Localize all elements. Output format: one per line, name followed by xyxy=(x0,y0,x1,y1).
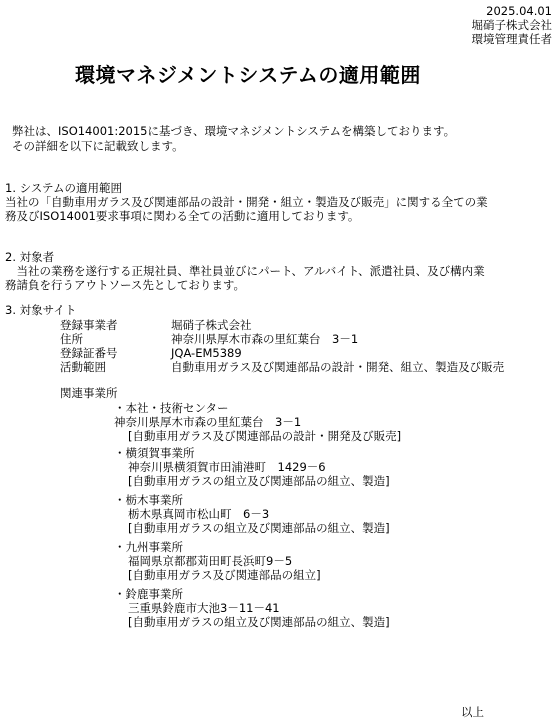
document-header: 2025.04.01 堀硝子株式会社 環境管理責任者 xyxy=(472,4,553,46)
field-label-certificate-number: 登録証番号 xyxy=(60,346,118,361)
site-address: 神奈川県横須賀市田浦港町 1429－6 xyxy=(128,460,326,475)
page-title: 環境マネジメントシステムの適用範囲 xyxy=(75,68,421,83)
field-value-address: 神奈川県厚木市森の里紅葉台 3－1 xyxy=(171,332,358,347)
site-name: ・横須賀事業所 xyxy=(114,446,195,461)
intro-line-2: その詳細を以下に記載致します。 xyxy=(12,139,184,154)
site-activity: [自動車用ガラスの組立及び関連部品の組立、製造] xyxy=(128,521,390,536)
intro-line-1: 弊社は、ISO14001:2015に基づき、環境マネジメントシステムを構築してお… xyxy=(12,124,455,139)
related-sites-heading: 関連事業所 xyxy=(60,386,118,401)
section-2-line-2: 務請負を行うアウトソース先としております。 xyxy=(5,278,245,293)
field-label-address: 住所 xyxy=(60,332,83,347)
site-name: ・栃木事業所 xyxy=(114,493,183,508)
site-name: ・九州事業所 xyxy=(114,540,183,555)
company-name: 堀硝子株式会社 xyxy=(472,18,553,32)
document-date: 2025.04.01 xyxy=(472,4,553,18)
author-role: 環境管理責任者 xyxy=(472,32,553,46)
site-address: 神奈川県厚木市森の里紅葉台 3－1 xyxy=(114,415,301,430)
site-activity: [自動車用ガラスの組立及び関連部品の組立、製造] xyxy=(128,615,390,630)
section-1-line-2: 務及びISO14001要求事項に関わる全ての活動に適用しております。 xyxy=(5,209,359,224)
field-label-registrant: 登録事業者 xyxy=(60,318,118,333)
section-3-heading: 3. 対象サイト xyxy=(5,303,76,318)
site-address: 栃木県真岡市松山町 6－3 xyxy=(128,507,269,522)
field-value-certificate-number: JQA-EM5389 xyxy=(171,346,242,361)
field-label-activity-scope: 活動範囲 xyxy=(60,360,106,375)
field-value-activity-scope: 自動車用ガラス及び関連部品の設計・開発、組立、製造及び販売 xyxy=(171,360,504,375)
field-value-registrant: 堀硝子株式会社 xyxy=(171,318,252,333)
site-activity: [自動車用ガラス及び関連部品の設計・開発及び販売] xyxy=(128,429,401,444)
section-1-heading: 1. システムの適用範囲 xyxy=(5,181,122,196)
site-activity: [自動車用ガラス及び関連部品の組立] xyxy=(128,568,321,583)
section-2-line-1: 当社の業務を遂行する正規社員、準社員並びにパート、アルバイト、派遣社員、及び構内… xyxy=(5,264,485,279)
site-address: 三重県鈴鹿市大池3－11－41 xyxy=(128,601,280,616)
site-address: 福岡県京都郡苅田町長浜町9－5 xyxy=(128,554,292,569)
end-mark: 以上 xyxy=(461,705,484,720)
site-activity: [自動車用ガラスの組立及び関連部品の組立、製造] xyxy=(128,474,390,489)
site-name: ・本社・技術センター xyxy=(114,401,229,416)
section-1-line-1: 当社の「自動車用ガラス及び関連部品の設計・開発・組立・製造及び販売」に関する全て… xyxy=(5,195,488,210)
section-2-heading: 2. 対象者 xyxy=(5,250,54,265)
site-name: ・鈴鹿事業所 xyxy=(114,587,183,602)
